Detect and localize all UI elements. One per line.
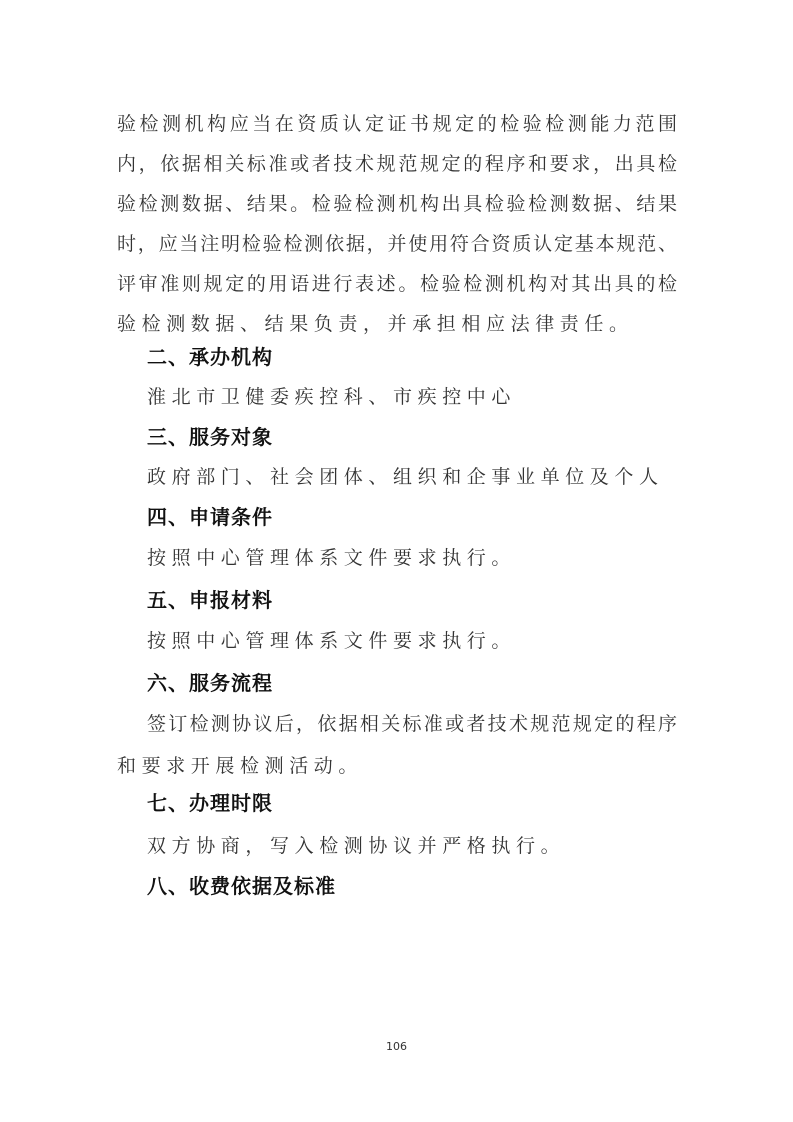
page-number: 106	[0, 1040, 793, 1053]
section-body-service-process-line: 和要求开展检测活动。	[117, 752, 677, 780]
section-body-application-materials: 按照中心管理体系文件要求执行。	[147, 627, 516, 655]
paragraph-line: 评审准则规定的用语进行表述。检验检测机构对其出具的检	[117, 270, 677, 298]
section-body-service-target: 政府部门、社会团体、组织和企事业单位及个人	[147, 463, 664, 491]
paragraph-line: 时，应当注明检验检测依据，并使用符合资质认定基本规范、	[117, 230, 677, 258]
paragraph-line: 验检测数据、结果。检验检测机构出具检验检测数据、结果	[117, 190, 677, 218]
section-heading-application-materials: 五、申报材料	[147, 586, 273, 614]
section-heading-processing-time: 七、办理时限	[147, 789, 273, 817]
section-heading-fee-basis: 八、收费依据及标准	[147, 872, 336, 900]
section-body-handling-agency: 淮北市卫健委疾控科、市疾控中心	[147, 383, 516, 411]
document-page: 验检测机构应当在资质认定证书规定的检验检测能力范围 内，依据相关标准或者技术规范…	[0, 0, 793, 1122]
section-body-application-conditions: 按照中心管理体系文件要求执行。	[147, 544, 516, 572]
section-heading-service-process: 六、服务流程	[147, 669, 273, 697]
section-heading-handling-agency: 二、承办机构	[147, 343, 273, 371]
paragraph-line: 验检测数据、结果负责，并承担相应法律责任。	[117, 310, 677, 338]
paragraph-line: 验检测机构应当在资质认定证书规定的检验检测能力范围	[117, 110, 677, 138]
section-body-service-process-line: 签订检测协议后，依据相关标准或者技术规范规定的程序	[147, 710, 677, 738]
paragraph-line: 内，依据相关标准或者技术规范规定的程序和要求，出具检	[117, 150, 677, 178]
section-heading-application-conditions: 四、申请条件	[147, 503, 273, 531]
section-heading-service-target: 三、服务对象	[147, 423, 273, 451]
section-body-processing-time: 双方协商，写入检测协议并严格执行。	[147, 832, 565, 860]
